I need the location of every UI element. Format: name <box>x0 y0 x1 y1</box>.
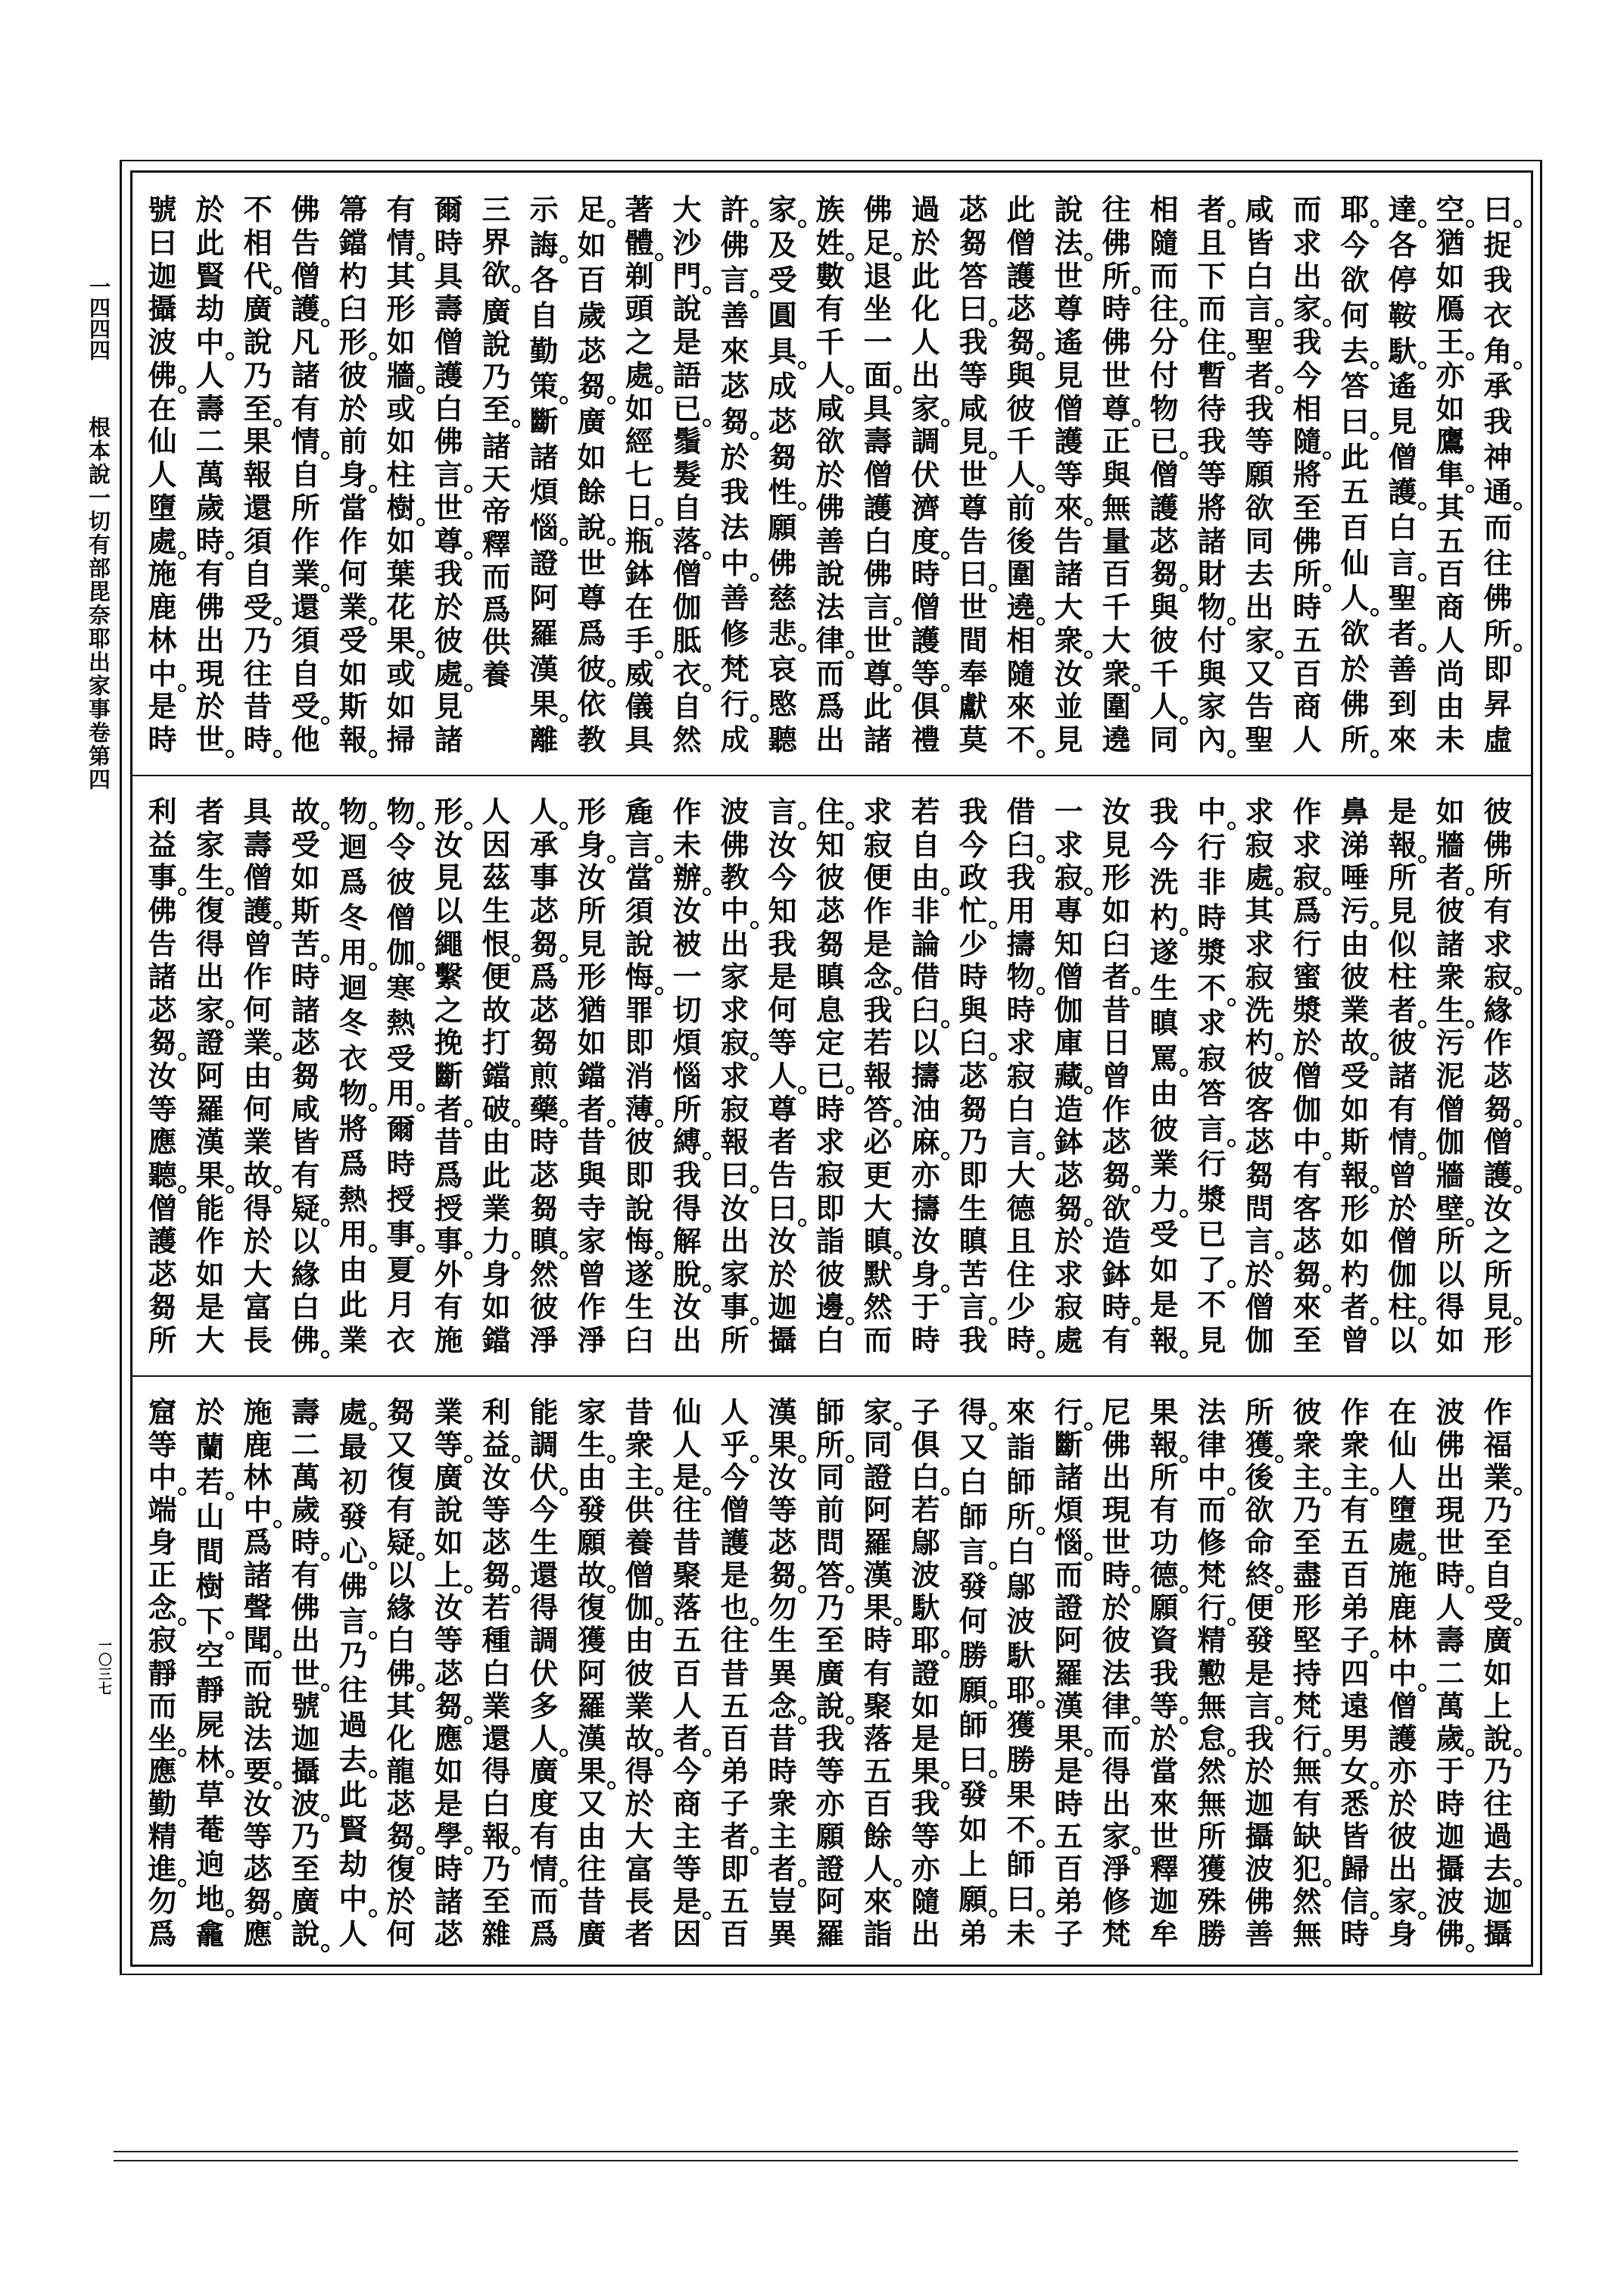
character: 客 <box>1243 1094 1276 1125</box>
character: 夏 <box>385 1255 418 1285</box>
character: 於 <box>1243 1756 1276 1787</box>
character: 千 <box>814 327 847 357</box>
character: 柱 <box>1386 962 1420 992</box>
character: 伽。 <box>623 1593 656 1623</box>
character: 去。 <box>1339 336 1372 367</box>
character: 諸 <box>146 962 179 992</box>
punctuation-mark: 。 <box>321 716 329 725</box>
character: 護。 <box>242 896 275 926</box>
character: 於 <box>385 1887 418 1917</box>
character: 授 <box>432 1194 466 1224</box>
character: 諸 <box>862 725 895 755</box>
character: 護 <box>146 1226 179 1256</box>
character: 以 <box>909 1028 943 1058</box>
character: 佛 <box>432 426 466 457</box>
character: 爲 <box>337 1149 370 1179</box>
character: 彼 <box>1005 394 1038 424</box>
character: 修 <box>1100 1887 1133 1917</box>
character: 長 <box>242 1325 275 1356</box>
character: 見 <box>1052 360 1086 391</box>
character: 于 <box>1434 1756 1467 1787</box>
character: 鐺 <box>337 228 370 258</box>
character: 聚 <box>862 1691 895 1721</box>
character: 圍 <box>1005 559 1038 589</box>
character: 四 <box>1339 1659 1372 1689</box>
punctuation-mark: 。 <box>464 684 472 692</box>
character: 物。 <box>1195 592 1229 623</box>
character: 彼 <box>1386 1028 1420 1058</box>
character: 如 <box>1434 261 1467 292</box>
punctuation-mark: 。 <box>321 1350 329 1359</box>
character: 下 <box>1195 261 1229 292</box>
character: 護 <box>432 360 466 391</box>
text-column: 於蘭若。山間樹下。空靜屍林。草菴逈地。龕 <box>186 1397 234 1949</box>
character: 業。 <box>289 559 323 589</box>
character: 似 <box>1386 929 1420 960</box>
character: 我 <box>1291 327 1324 357</box>
character: 德 <box>1005 1194 1038 1224</box>
character: 發 <box>957 1780 990 1810</box>
character: 而 <box>480 562 513 592</box>
character: 羅 <box>575 1691 609 1721</box>
character: 時 <box>432 228 466 258</box>
character: 去。 <box>337 1745 370 1775</box>
character: 由 <box>1339 929 1372 960</box>
character: 如 <box>385 327 418 357</box>
punctuation-mark: 。 <box>750 573 759 582</box>
character: 靜 <box>146 1659 179 1689</box>
character: 鷹 <box>1434 426 1467 457</box>
character: 空。 <box>1434 195 1467 225</box>
character: 盡 <box>1291 1560 1324 1590</box>
character: 爲 <box>575 619 609 649</box>
character: 家。 <box>1291 294 1324 324</box>
character: 犯。 <box>1291 1854 1324 1884</box>
character: 世 <box>1434 1528 1467 1558</box>
character: 於 <box>242 1226 275 1256</box>
character: 我 <box>766 929 800 960</box>
character: 仙 <box>671 1397 704 1428</box>
character: 應 <box>242 1919 275 1949</box>
punctuation-mark: 。 <box>226 1909 234 1918</box>
punctuation-mark: 。 <box>655 385 663 394</box>
punctuation-mark: 。 <box>226 1020 234 1028</box>
character: 此 <box>1339 442 1372 473</box>
character: 言。 <box>1386 548 1420 579</box>
character: 而 <box>1100 1724 1133 1754</box>
character: 杓 <box>1339 1259 1372 1290</box>
character: 說 <box>432 1495 466 1525</box>
character: 瞋。 <box>528 1226 561 1256</box>
character: 芻 <box>528 1028 561 1058</box>
character: 勝 <box>1195 1919 1229 1949</box>
character: 我 <box>909 1789 943 1819</box>
text-column: 麁言。當須說悔。罪即消薄。彼即說悔。遂生臼 <box>616 797 663 1356</box>
character: 得 <box>671 1194 704 1224</box>
character: 得 <box>528 1593 561 1623</box>
character: 非 <box>909 896 943 926</box>
character: 言。 <box>766 797 800 827</box>
character: 如 <box>194 1259 227 1290</box>
character: 迦 <box>1148 1887 1181 1917</box>
character: 鞍 <box>1386 301 1420 331</box>
character: 賢 <box>194 261 227 292</box>
character: 人。 <box>862 1854 895 1884</box>
character: 攝 <box>289 1756 323 1787</box>
character: 形 <box>575 962 609 992</box>
character: 情。 <box>385 228 418 258</box>
punctuation-mark: 。 <box>226 750 234 758</box>
character: 相 <box>242 228 275 258</box>
character: 富 <box>623 1854 656 1884</box>
character: 於 <box>909 228 943 258</box>
character: 相 <box>1005 626 1038 656</box>
character: 業 <box>480 1194 513 1224</box>
character: 見 <box>432 863 466 893</box>
character: 於 <box>1148 1724 1181 1754</box>
character: 說。 <box>575 513 609 543</box>
character: 萬 <box>289 1462 323 1493</box>
character: 世 <box>432 493 466 523</box>
character: 薄。 <box>623 1094 656 1125</box>
character: 五 <box>1339 1528 1372 1558</box>
character: 行。 <box>1291 1724 1324 1754</box>
character: 出 <box>718 1226 752 1256</box>
character: 情。 <box>528 1854 561 1884</box>
character: 七 <box>623 460 656 490</box>
character: 彼 <box>432 626 466 656</box>
character: 煩 <box>528 477 561 507</box>
character: 形 <box>1482 1325 1515 1356</box>
character: 白 <box>480 1789 513 1819</box>
character: 佛 <box>1291 526 1324 557</box>
character: 施 <box>146 559 179 589</box>
character: 僧 <box>242 863 275 893</box>
text-column: 壽二萬歲時。有佛出世。號迦攝波。乃至廣說。 <box>282 1397 329 1949</box>
character: 時 <box>1052 1789 1086 1819</box>
character: 五 <box>671 1625 704 1656</box>
punctuation-mark: 。 <box>321 451 329 460</box>
character: 今 <box>1291 360 1324 391</box>
text-column: 波佛教中。出家求寂。求寂報曰。汝出家事。所 <box>711 797 759 1356</box>
text-column: 相隨而往。分付物已。僧護苾芻。與彼千人。同 <box>1140 195 1188 755</box>
character: 於 <box>1100 1593 1133 1623</box>
character: 師 <box>814 1397 847 1428</box>
character: 如 <box>385 526 418 557</box>
punctuation-mark: 。 <box>655 855 663 863</box>
punctuation-mark: 。 <box>1418 1152 1426 1160</box>
character: 茲 <box>480 863 513 893</box>
punctuation-mark: 。 <box>1370 608 1379 616</box>
character: 願。 <box>957 1675 990 1706</box>
punctuation-mark: 。 <box>846 822 854 830</box>
character: 於 <box>1052 1226 1086 1256</box>
character: 迴 <box>337 832 370 863</box>
text-column: 行。斷諸煩惱。而證阿羅漢果。是時五百弟子 <box>1045 1397 1093 1949</box>
character: 寂 <box>146 1625 179 1656</box>
character: 苾 <box>242 1854 275 1884</box>
character: 時。 <box>242 725 275 755</box>
character: 衆 <box>1434 962 1467 992</box>
punctuation-mark: 。 <box>1084 1219 1093 1227</box>
character: 停 <box>1386 265 1420 295</box>
character: 不。 <box>1005 1815 1038 1845</box>
character: 寂 <box>1195 1044 1229 1074</box>
character: 上 <box>1482 1691 1515 1721</box>
character: 家 <box>718 1259 752 1290</box>
character: 爾 <box>432 195 466 225</box>
character: 善 <box>1243 1919 1276 1949</box>
punctuation-mark: 。 <box>893 617 902 626</box>
character: 今 <box>718 1462 752 1493</box>
character: 身。 <box>909 1259 943 1290</box>
punctuation-mark: 。 <box>1084 518 1093 526</box>
punctuation-mark: 。 <box>226 1770 234 1778</box>
punctuation-mark: 。 <box>798 644 806 652</box>
character: 因 <box>480 830 513 860</box>
character: 彼 <box>1148 1114 1181 1144</box>
character: 彼 <box>1243 1061 1276 1091</box>
character: 中。 <box>337 1884 370 1915</box>
character: 言。 <box>1243 1226 1276 1256</box>
character: 破。 <box>480 1094 513 1125</box>
punctuation-mark: 。 <box>560 1119 568 1128</box>
text-column: 我今政忙。少時與臼。苾芻乃即生瞋苦言。我 <box>949 797 997 1356</box>
character: 時 <box>528 1127 561 1157</box>
punctuation-mark: 。 <box>607 855 616 863</box>
text-column: 波佛出現世時。人壽二萬歲。于時迦攝波佛。 <box>1426 1397 1474 1949</box>
text-column: 作衆主。有五百弟子。四遠男女。悉皆歸信。時 <box>1331 1397 1379 1949</box>
character: 果。 <box>575 1756 609 1787</box>
character: 許。 <box>718 195 752 225</box>
character: 調 <box>528 1625 561 1656</box>
character: 乃 <box>480 362 513 392</box>
character: 求 <box>1005 1028 1038 1058</box>
character: 阿 <box>575 1659 609 1689</box>
character: 耶。 <box>909 1625 943 1656</box>
character: 至。 <box>480 395 513 425</box>
character: 僧 <box>1386 442 1420 473</box>
character: 乃 <box>957 1127 990 1157</box>
character: 我 <box>432 559 466 589</box>
character: 有 <box>385 1495 418 1525</box>
punctuation-mark: 。 <box>846 253 854 261</box>
text-column: 不相代。廣說乃至。果報還須自受。乃往昔時。 <box>234 195 282 755</box>
character: 諸 <box>289 360 323 391</box>
text-column: 示誨。各自勤策。斷諸煩惱。證阿羅漢果。離 <box>520 195 568 755</box>
character: 苾 <box>528 896 561 926</box>
character: 勤 <box>528 336 561 367</box>
character: 報 <box>242 460 275 490</box>
character: 恨。 <box>480 929 513 960</box>
character: 伽 <box>1291 1094 1324 1125</box>
character: 彼 <box>1482 797 1515 827</box>
punctuation-mark: 。 <box>941 684 949 692</box>
character: 家 <box>575 1397 609 1428</box>
character: 寂 <box>718 1094 752 1125</box>
character: 界 <box>480 227 513 257</box>
character: 我 <box>1482 407 1515 437</box>
character: 勿 <box>766 1593 800 1623</box>
punctuation-mark: 。 <box>1418 502 1426 510</box>
character: 藥。 <box>528 1094 561 1125</box>
character: 曰。 <box>1482 195 1515 225</box>
character: 臼。 <box>909 995 943 1025</box>
character: 龍 <box>385 1756 418 1787</box>
character: 於 <box>623 1789 656 1819</box>
character: 作 <box>671 797 704 827</box>
character: 護 <box>909 626 943 656</box>
punctuation-mark: 。 <box>1180 1350 1188 1359</box>
punctuation-mark: 。 <box>798 220 806 228</box>
character: 還 <box>528 1560 561 1590</box>
character: 更 <box>862 1160 895 1191</box>
character: 寒 <box>385 973 418 1003</box>
character: 者。 <box>432 1094 466 1125</box>
character: 客 <box>1291 1194 1324 1224</box>
character: 汝 <box>766 1462 800 1493</box>
punctuation-mark: 。 <box>1370 921 1379 929</box>
character: 報。 <box>480 1821 513 1852</box>
character: 中。 <box>146 659 179 689</box>
character: 昔 <box>718 1659 752 1689</box>
character: 遶 <box>1100 725 1133 755</box>
character: 用。 <box>337 1219 370 1250</box>
character: 所 <box>1482 863 1515 893</box>
character: 馱。 <box>1386 336 1420 367</box>
character: 物。 <box>385 797 418 827</box>
character: 答 <box>1339 371 1372 401</box>
text-column: 號曰迦攝波佛。在仙人墮處。施鹿林中。是時 <box>139 195 186 755</box>
character: 念。 <box>766 1691 800 1721</box>
character: 家。 <box>909 394 943 424</box>
character: 是 <box>1052 1756 1086 1787</box>
character: 見 <box>575 929 609 960</box>
character: 等 <box>957 360 990 391</box>
character: 如 <box>1148 1255 1181 1285</box>
character: 願 <box>1243 460 1276 490</box>
character: 伽 <box>1052 995 1086 1025</box>
punctuation-mark: 。 <box>273 1185 282 1194</box>
punctuation-mark: 。 <box>273 921 282 929</box>
character: 故。 <box>242 1160 275 1191</box>
character: 白 <box>814 1325 847 1356</box>
character: 見 <box>1052 725 1086 755</box>
character: 僧 <box>862 460 895 490</box>
character: 物。 <box>337 1078 370 1109</box>
character: 令 <box>385 832 418 863</box>
character: 時 <box>1339 1919 1372 1949</box>
punctuation-mark: 。 <box>1323 1284 1331 1293</box>
character: 情。 <box>1386 1127 1420 1157</box>
character: 果 <box>242 426 275 457</box>
character: 至 <box>289 1854 323 1884</box>
punctuation-mark: 。 <box>703 888 711 896</box>
character: 此 <box>862 691 895 722</box>
character: 人 <box>194 360 227 391</box>
character: 然 <box>1195 1756 1229 1787</box>
punctuation-mark: 。 <box>416 651 425 659</box>
character: 業 <box>480 1691 513 1721</box>
character: 時。 <box>1434 1560 1467 1590</box>
character: 諸 <box>480 432 513 462</box>
punctuation-mark: 。 <box>989 1700 997 1709</box>
character: 果。 <box>909 1756 943 1787</box>
character: 受 <box>1148 1219 1181 1250</box>
character: 正 <box>146 1560 179 1590</box>
character: 佛。 <box>146 360 179 391</box>
character: 由 <box>623 1625 656 1656</box>
character: 出 <box>671 1325 704 1356</box>
punctuation-mark: 。 <box>1466 352 1474 360</box>
character: 涕 <box>1339 830 1372 860</box>
character: 亦 <box>1434 360 1467 391</box>
character: 解 <box>671 1226 704 1256</box>
character: 掃 <box>385 725 418 755</box>
character: 身 <box>146 1528 179 1558</box>
character: 僧 <box>909 592 943 623</box>
character: 事。 <box>385 1219 418 1250</box>
character: 富 <box>242 1292 275 1322</box>
character: 如 <box>575 1028 609 1058</box>
character: 衣。 <box>671 659 704 689</box>
character: 廣 <box>432 1462 466 1493</box>
character: 大 <box>671 195 704 225</box>
character: 僧 <box>1291 1061 1324 1091</box>
character: 佛 <box>766 548 800 579</box>
character: 住。 <box>814 797 847 827</box>
character: 坐 <box>862 294 895 324</box>
character: 若 <box>909 797 943 827</box>
character: 汝 <box>242 1789 275 1819</box>
character: 師 <box>957 1502 990 1532</box>
character: 發 <box>1243 1625 1276 1656</box>
character: 時 <box>909 559 943 589</box>
text-column: 爾時具壽僧護白佛言。世尊。我於彼處。見諸 <box>425 195 472 755</box>
character: 發 <box>337 1502 370 1532</box>
character: 萬 <box>194 460 227 490</box>
text-column: 而求出家。我今相隨。將至佛所。時五百商人 <box>1283 195 1331 755</box>
character: 到 <box>1386 689 1420 719</box>
character: 曾 <box>575 1259 609 1290</box>
character: 即 <box>1482 654 1515 685</box>
character: 業。 <box>337 592 370 623</box>
character: 言。 <box>432 460 466 490</box>
character: 供 <box>480 627 513 657</box>
character: 師 <box>957 1710 990 1740</box>
character: 羅 <box>528 619 561 649</box>
character: 墮 <box>1386 1495 1420 1525</box>
text-column: 漢果。汝等苾芻。勿生異念。昔時衆主者。豈異 <box>759 1397 806 1949</box>
character: 僧 <box>432 327 466 357</box>
character: 於 <box>766 1259 800 1290</box>
punctuation-mark: 。 <box>703 1284 711 1293</box>
character: 能 <box>528 1397 561 1428</box>
character: 百 <box>1052 1854 1086 1884</box>
character: 作 <box>337 526 370 557</box>
character: 阿 <box>194 1061 227 1091</box>
character: 主 <box>766 1821 800 1852</box>
character: 五 <box>1052 1821 1086 1852</box>
character: 人 <box>337 1919 370 1949</box>
character: 同 <box>1243 526 1276 557</box>
character: 芻。 <box>480 1560 513 1590</box>
character: 乃 <box>242 360 275 391</box>
character: 業。 <box>1482 1462 1515 1493</box>
character: 者。 <box>718 1821 752 1852</box>
character: 乃 <box>1482 1756 1515 1787</box>
character: 壽 <box>242 830 275 860</box>
